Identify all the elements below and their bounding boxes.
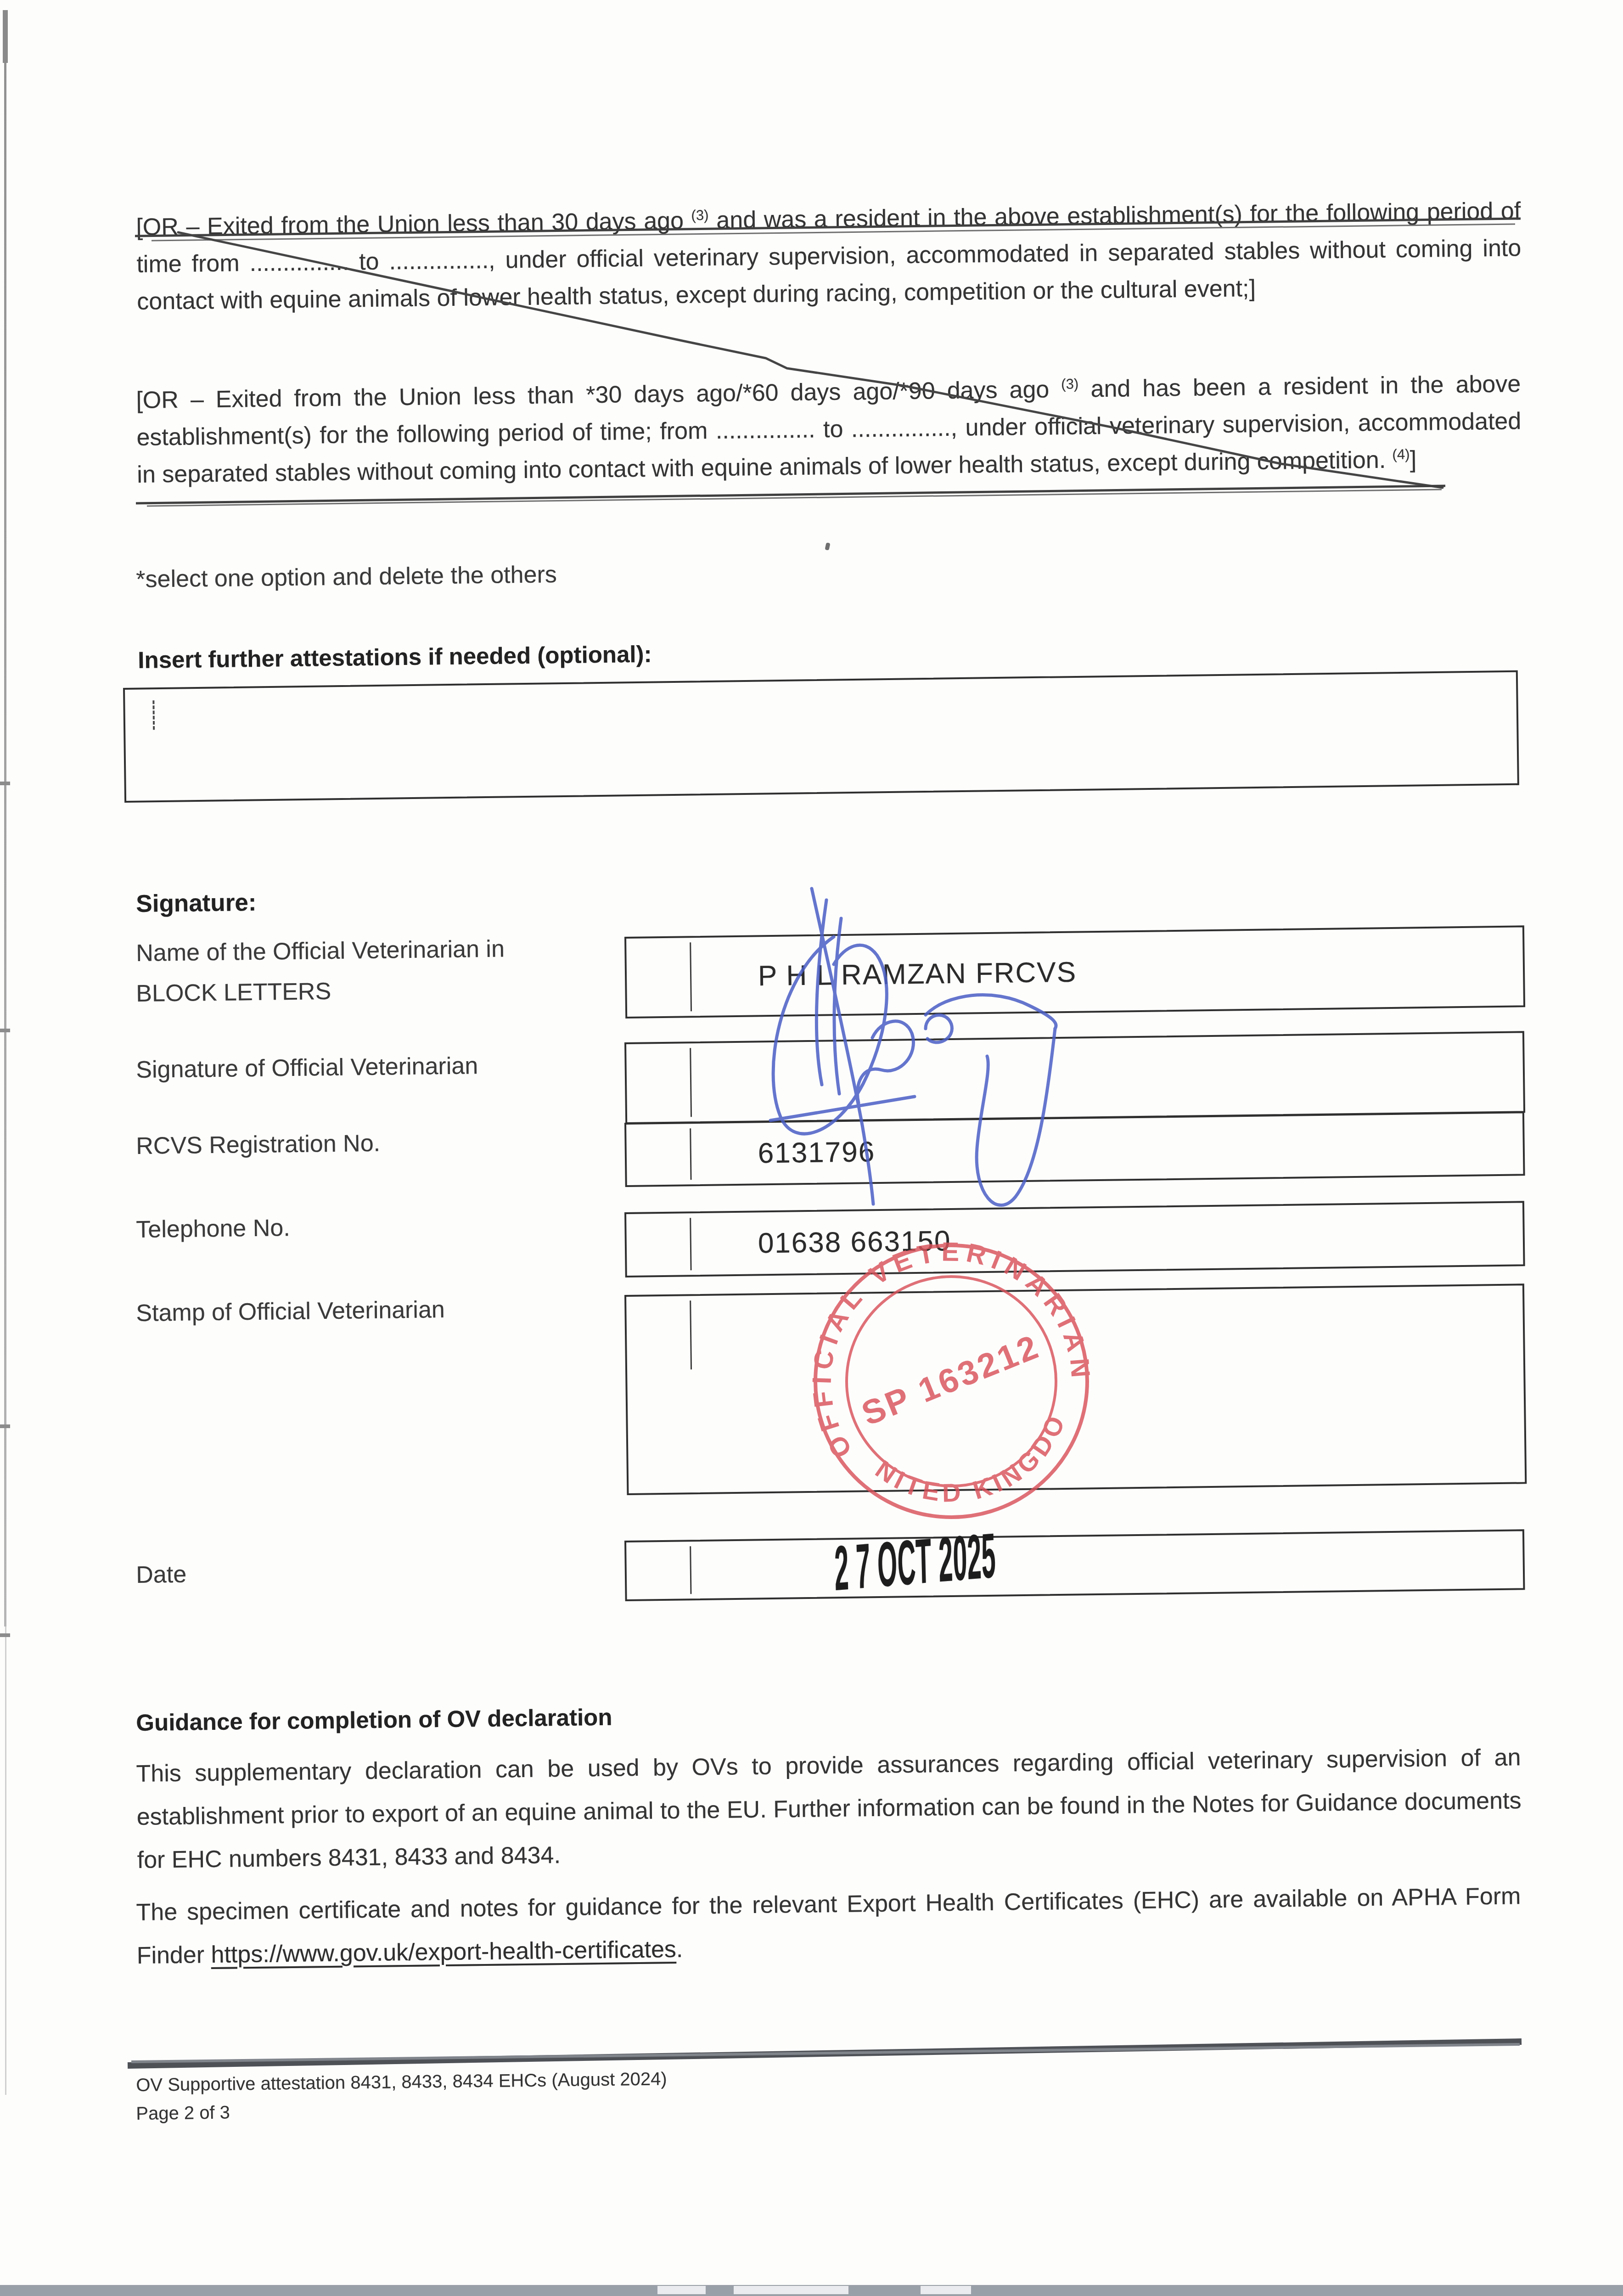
name-value: P H L RAMZAN FRCVS <box>758 933 1077 1015</box>
box-divider-tick <box>690 1546 691 1594</box>
rcvs-field-box: 6131796 <box>624 1111 1525 1187</box>
name-label-line1: Name of the Official Veterinarian in <box>136 935 505 967</box>
paragraph-option-1: [OR – Exited from the Union less than 30… <box>136 192 1522 321</box>
scan-band-blob <box>734 2286 848 2294</box>
box-divider-tick <box>690 1048 692 1117</box>
signature-label: Signature of Official Veterinarian <box>136 1052 478 1084</box>
export-health-certificates-link[interactable]: https://www.gov.uk/export-health-certifi… <box>211 1936 676 1968</box>
telephone-label: Telephone No. <box>136 1214 290 1244</box>
footer-page-number: Page 2 of 3 <box>136 2099 230 2127</box>
rcvs-label: RCVS Registration No. <box>136 1130 380 1160</box>
name-field-box: P H L RAMZAN FRCVS <box>624 925 1525 1019</box>
stamp-label: Stamp of Official Veterinarian <box>136 1296 445 1327</box>
footer-rule <box>128 2042 1522 2065</box>
paragraph-option-2: [OR – Exited from the Union less than *3… <box>136 366 1522 494</box>
scan-edge-line-top <box>3 10 8 63</box>
scan-edge-tick <box>0 1029 10 1032</box>
date-label: Date <box>136 1561 187 1589</box>
box-divider-tick <box>690 1300 692 1369</box>
box-divider-tick <box>690 1128 691 1180</box>
guidance-paragraph-2: The specimen certificate and notes for g… <box>136 1874 1522 1977</box>
signature-section-heading: Signature: <box>136 889 257 918</box>
rcvs-value: 6131796 <box>758 1121 876 1183</box>
telephone-value: 01638 663150 <box>758 1210 951 1274</box>
scan-edge-line <box>4 10 6 1626</box>
box-divider-tick <box>690 1218 691 1270</box>
scan-edge-tick <box>0 1424 10 1428</box>
scanned-document-page: [OR – Exited from the Union less than 30… <box>0 0 1623 2296</box>
stamp-field-box <box>624 1283 1527 1495</box>
date-field-box: 2 7 OCT 2025 <box>624 1529 1525 1601</box>
select-option-note: *select one option and delete the others <box>136 561 557 593</box>
scan-band-blob <box>921 2286 971 2294</box>
name-label-line2: BLOCK LETTERS <box>136 978 331 1007</box>
box-divider-tick <box>690 942 692 1011</box>
footer-document-title: OV Supportive attestation 8431, 8433, 84… <box>136 2065 667 2099</box>
signature-field-box <box>624 1031 1525 1124</box>
guidance-paragraph-1: This supplementary declaration can be us… <box>136 1736 1522 1882</box>
scan-edge-tick <box>0 782 10 785</box>
scan-edge-line-lower <box>5 1626 6 2095</box>
attestations-heading: Insert further attestations if needed (o… <box>138 641 652 674</box>
scan-edge-tick <box>0 1633 10 1637</box>
scan-bottom-band <box>0 2285 1623 2296</box>
telephone-field-box: 01638 663150 <box>624 1201 1525 1277</box>
attestations-input-box <box>123 670 1519 803</box>
date-stamp-value: 2 7 OCT 2025 <box>834 1519 997 1605</box>
guidance-heading: Guidance for completion of OV declaratio… <box>136 1704 612 1736</box>
guidance-paragraph-2-suffix: . <box>676 1936 683 1963</box>
scan-band-blob <box>657 2286 706 2294</box>
text-cursor-mark <box>152 700 155 730</box>
scan-speck <box>825 542 830 551</box>
